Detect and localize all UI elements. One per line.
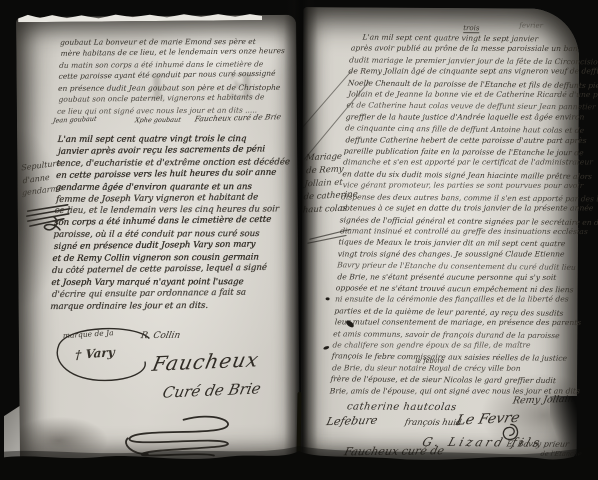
manuscript-line: greffier de la haute justice d'Andrée la…: [345, 111, 584, 122]
manuscript-line: Jollain et de Jeanne la bonne vie et de …: [348, 88, 587, 100]
signature-faucheux: Faucheux: [150, 347, 261, 376]
manuscript-line: vice gérant promoteur, les parties se so…: [342, 180, 581, 192]
manuscript-line: vingt trois signé des changes. Je soussi…: [337, 248, 576, 259]
manuscript-line: diamant insinué et controllé au greffe d…: [340, 225, 579, 237]
manuscript-line: obtenues à ce sujet en datte du trois ja…: [340, 202, 579, 213]
manuscript-line: du côté paternel de cette paroisse, lequ…: [52, 263, 276, 278]
manuscript-line: goubaut son oncle paternel, vignerons et…: [58, 91, 274, 105]
manuscript-line: leur mutuel consentement de mariage, en …: [334, 317, 573, 329]
entry1-signature-row: Jean goubaut Xphe goubaut Faucheux curé …: [53, 114, 287, 130]
interline-insert-fevrier: fevrier: [519, 21, 543, 29]
burial-entry-2: L'an mil sept cent quatre vingt trois le…: [50, 133, 282, 314]
manuscript-line: en cette paroisse vers les huit heures d…: [56, 167, 280, 182]
interline-insert-mid: le febvre: [415, 357, 444, 365]
manuscript-line: deffunte Catherine hebert de cette paroi…: [345, 134, 584, 146]
manuscript-line: ni ensuite de la cérémonie des fiançaill…: [335, 294, 574, 305]
manuscript-line: janvier après avoir reçu les sacrements …: [58, 144, 283, 159]
manuscript-line: dimanche et s'en est apporté par le cert…: [343, 157, 582, 168]
signature-lefebure: Lefebure: [325, 414, 379, 428]
manuscript-line: son corps a été inhumé dans le cimetière…: [54, 215, 278, 230]
left-page: E I E goubaut La bonveur et de marie Emo…: [16, 15, 300, 463]
manuscript-line: de Brie, ne s'étant présenté aucune pers…: [337, 271, 576, 283]
ink-blot: [323, 345, 330, 350]
signature-curate-entry1: Faucheux curé de Brie: [194, 112, 282, 123]
signature-jean-goubaut: Jean goubaut: [52, 115, 97, 125]
manuscript-line: cette paroisse ayant été conduit par nou…: [58, 68, 274, 83]
signature-francois-huid: françois huid: [404, 418, 462, 428]
curate-title: Curé de Brie: [161, 379, 263, 401]
marriage-entry: L'an mil sept cent quatre vingt le sept …: [329, 31, 588, 397]
manuscript-line: de Brie, du sieur notaire Royal de crécy…: [332, 362, 571, 374]
ink-blot: [326, 297, 330, 300]
signature-christophe-goubaut: Xphe goubaut: [134, 116, 181, 124]
bride-name-line: catherine hautcolas: [346, 401, 457, 413]
ragged-bottom-edge: [0, 434, 598, 480]
manuscript-line: de Remy Jollain âgé de cinquante sept an…: [348, 66, 587, 77]
manuscript-line: d'écrire qui ensuite par ordonnance a fa…: [52, 287, 277, 302]
manuscript-line: de chalifere son gendre époux de sa fill…: [332, 339, 571, 350]
manuscript-line: marque ordinaire les jour et an dits.: [50, 300, 275, 313]
burial-entry-1: goubaut La bonveur et de marie Emond ses…: [57, 35, 276, 117]
manuscript-scan: E I E goubaut La bonveur et de marie Emo…: [0, 0, 598, 480]
signature-collin: R. Collin: [140, 331, 181, 341]
manuscript-line: après avoir publié au prône de la messe …: [350, 43, 589, 55]
right-page: Mariagede RemyJollain etde catherinehaut…: [301, 7, 580, 461]
